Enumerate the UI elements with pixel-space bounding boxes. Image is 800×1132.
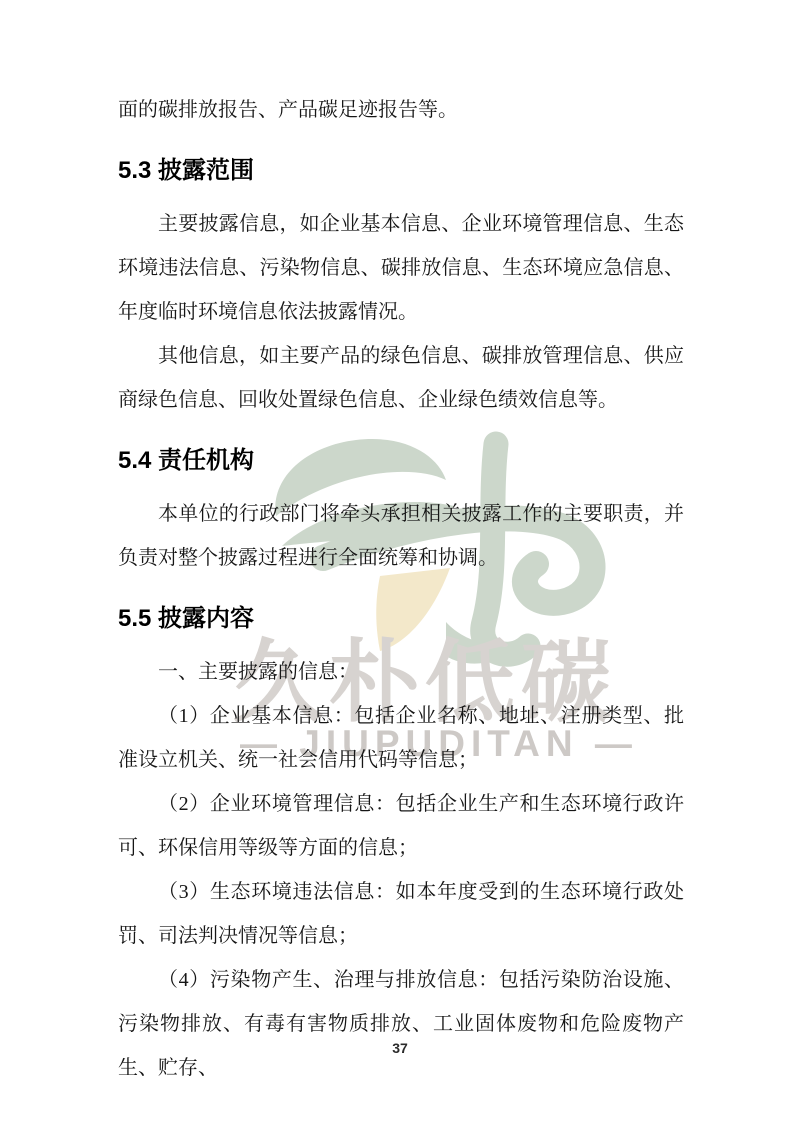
heading-5-5: 5.5 披露内容 [118, 604, 684, 634]
paragraph-continuation: 面的碳排放报告、产品碳足迹报告等。 [118, 88, 684, 132]
paragraph-disclosure-scope-other: 其他信息，如主要产品的绿色信息、碳排放管理信息、供应商绿色信息、回收处置绿色信息… [118, 334, 684, 422]
document-body: 面的碳排放报告、产品碳足迹报告等。 5.3 披露范围 主要披露信息，如企业基本信… [118, 88, 684, 1090]
heading-5-3: 5.3 披露范围 [118, 156, 684, 186]
paragraph-disclosure-scope-main: 主要披露信息，如企业基本信息、企业环境管理信息、生态环境违法信息、污染物信息、碳… [118, 202, 684, 334]
paragraph-item-2: （2）企业环境管理信息：包括企业生产和生态环境行政许可、环保信用等级等方面的信息… [118, 782, 684, 870]
paragraph-list-intro: 一、主要披露的信息： [118, 650, 684, 694]
heading-5-4: 5.4 责任机构 [118, 446, 684, 476]
paragraph-item-3: （3）生态环境违法信息：如本年度受到的生态环境行政处罚、司法判决情况等信息； [118, 870, 684, 958]
document-page: 久朴低碳 — JIUPUDITAN — 面的碳排放报告、产品碳足迹报告等。 5.… [0, 0, 800, 1132]
page-number: 37 [0, 1040, 800, 1056]
paragraph-item-1: （1）企业基本信息：包括企业名称、地址、注册类型、批准设立机关、统一社会信用代码… [118, 694, 684, 782]
paragraph-item-4: （4）污染物产生、治理与排放信息：包括污染防治设施、污染物排放、有毒有害物质排放… [118, 958, 684, 1090]
paragraph-responsible-org: 本单位的行政部门将牵头承担相关披露工作的主要职责，并负责对整个披露过程进行全面统… [118, 492, 684, 580]
